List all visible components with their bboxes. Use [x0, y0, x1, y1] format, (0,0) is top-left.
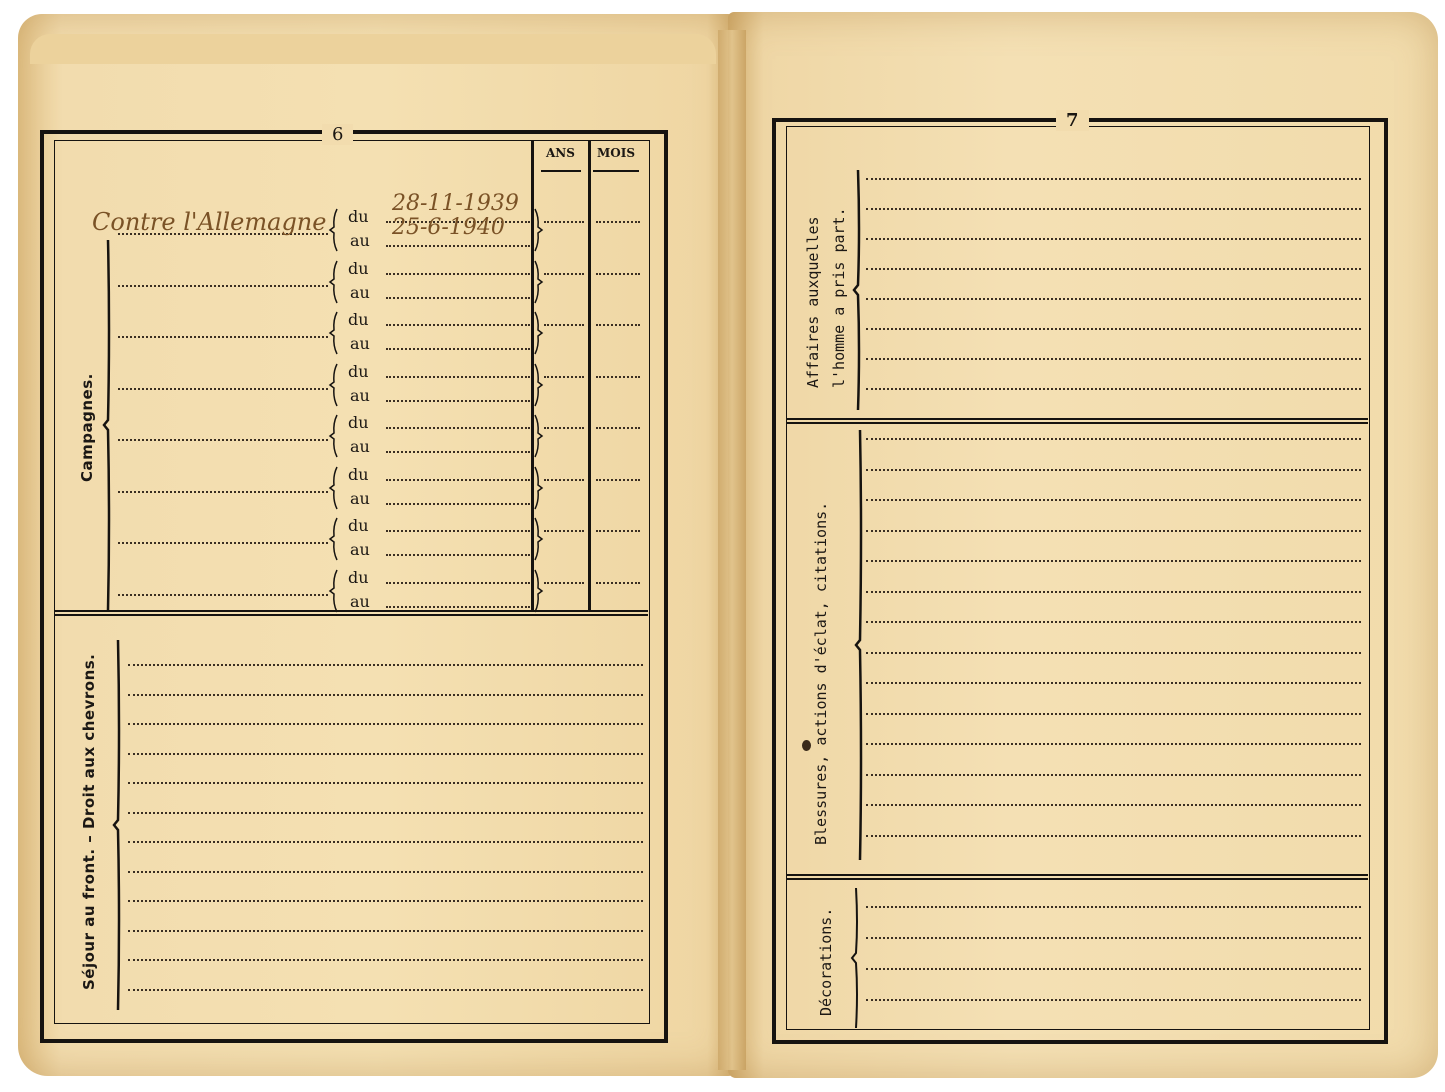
- sejour-line[interactable]: [128, 871, 643, 873]
- right-inner-frame: [786, 126, 1370, 1030]
- affaires-line[interactable]: [866, 358, 1361, 360]
- decorations-line[interactable]: [866, 906, 1361, 908]
- mois-field[interactable]: [596, 530, 640, 532]
- row-brace-left-icon: [328, 568, 340, 614]
- au-date-field[interactable]: [386, 245, 530, 247]
- page-number-left: 6: [322, 124, 353, 145]
- decorations-brace-icon: [848, 888, 864, 1028]
- du-date-field[interactable]: [386, 530, 530, 532]
- row-brace-right-icon: [532, 259, 544, 305]
- row-brace-right-icon: [532, 568, 544, 614]
- du-label: du: [348, 259, 369, 278]
- blessures-divider: [786, 874, 1368, 876]
- blessures-line[interactable]: [866, 469, 1361, 471]
- du-date-field[interactable]: [386, 582, 530, 584]
- blessures-line[interactable]: [866, 560, 1361, 562]
- mois-underline: [593, 170, 639, 172]
- blessures-line[interactable]: [866, 774, 1361, 776]
- blessures-brace-icon: [852, 430, 868, 860]
- section-divider-2: [54, 614, 648, 616]
- section-divider: [54, 610, 648, 612]
- ans-field[interactable]: [544, 530, 584, 532]
- sejour-line[interactable]: [128, 694, 643, 696]
- mois-field[interactable]: [596, 221, 640, 223]
- blessures-line[interactable]: [866, 713, 1361, 715]
- blessures-line[interactable]: [866, 621, 1361, 623]
- blessures-line[interactable]: [866, 835, 1361, 837]
- affaires-line[interactable]: [866, 208, 1361, 210]
- mois-field[interactable]: [596, 273, 640, 275]
- du-date-field[interactable]: [386, 273, 530, 275]
- campaign-field[interactable]: [118, 491, 328, 493]
- handwritten-au-date: 25-6-1940: [392, 215, 505, 240]
- sejour-line[interactable]: [128, 812, 643, 814]
- du-date-field[interactable]: [386, 324, 530, 326]
- du-date-field[interactable]: [386, 427, 530, 429]
- mois-field[interactable]: [596, 376, 640, 378]
- row-brace-right-icon: [532, 465, 544, 511]
- ans-field[interactable]: [544, 376, 584, 378]
- au-label: au: [350, 540, 370, 559]
- du-label: du: [348, 568, 369, 587]
- row-brace-left-icon: [328, 516, 340, 562]
- affaires-line[interactable]: [866, 178, 1361, 180]
- ans-field[interactable]: [544, 479, 584, 481]
- du-label: du: [348, 465, 369, 484]
- du-label: du: [348, 362, 369, 381]
- affaires-line[interactable]: [866, 298, 1361, 300]
- du-date-field[interactable]: [386, 376, 530, 378]
- row-brace-right-icon: [532, 207, 544, 253]
- au-label: au: [350, 231, 370, 250]
- sejour-line[interactable]: [128, 723, 643, 725]
- blessures-label: Blessures, actions d'éclat, citations.: [812, 502, 830, 845]
- du-label: du: [348, 413, 369, 432]
- campaign-field[interactable]: [118, 388, 328, 390]
- ans-field[interactable]: [544, 221, 584, 223]
- campaign-field[interactable]: [118, 439, 328, 441]
- au-date-field[interactable]: [386, 606, 530, 608]
- sejour-label: Séjour au front. – Droit aux chevrons.: [80, 654, 98, 990]
- row-brace-left-icon: [328, 362, 340, 408]
- du-label: du: [348, 310, 369, 329]
- row-brace-right-icon: [532, 362, 544, 408]
- sejour-line[interactable]: [128, 959, 643, 961]
- au-label: au: [350, 334, 370, 353]
- mois-header: MOIS: [597, 146, 635, 160]
- left-page-top-edge: [30, 34, 716, 64]
- mois-field[interactable]: [596, 427, 640, 429]
- affaires-label-line1: Affaires auxquelles: [804, 216, 822, 388]
- ans-field[interactable]: [544, 427, 584, 429]
- campaign-field[interactable]: [118, 285, 328, 287]
- affaires-label-line2: l'homme a pris part.: [830, 207, 848, 388]
- au-label: au: [350, 592, 370, 611]
- decorations-line[interactable]: [866, 968, 1361, 970]
- campaign-field[interactable]: [118, 594, 328, 596]
- au-date-field[interactable]: [386, 554, 530, 556]
- mois-field[interactable]: [596, 582, 640, 584]
- blessures-line[interactable]: [866, 499, 1361, 501]
- blessures-line[interactable]: [866, 804, 1361, 806]
- affaires-divider-2: [786, 422, 1368, 424]
- row-brace-left-icon: [328, 310, 340, 356]
- au-date-field[interactable]: [386, 348, 530, 350]
- decorations-line[interactable]: [866, 937, 1361, 939]
- campagnes-brace-icon: [100, 240, 116, 610]
- sejour-line[interactable]: [128, 841, 643, 843]
- du-label: du: [348, 207, 369, 226]
- affaires-divider: [786, 418, 1368, 420]
- decorations-label: Décorations.: [817, 908, 835, 1016]
- sejour-line[interactable]: [128, 782, 643, 784]
- campaign-field[interactable]: [118, 542, 328, 544]
- row-brace-right-icon: [532, 310, 544, 356]
- au-date-field[interactable]: [386, 297, 530, 299]
- au-date-field[interactable]: [386, 503, 530, 505]
- blessures-line[interactable]: [866, 743, 1361, 745]
- ink-stain: [802, 740, 811, 751]
- sejour-line[interactable]: [128, 989, 643, 991]
- handwritten-campaign: Contre l'Allemagne: [92, 208, 326, 236]
- blessures-divider-2: [786, 878, 1368, 880]
- sejour-line[interactable]: [128, 753, 643, 755]
- affaires-line[interactable]: [866, 328, 1361, 330]
- mois-field[interactable]: [596, 479, 640, 481]
- ans-underline: [541, 170, 581, 172]
- row-brace-left-icon: [328, 413, 340, 459]
- row-brace-right-icon: [532, 516, 544, 562]
- book-gutter: [718, 30, 746, 1070]
- sejour-brace-icon: [110, 640, 126, 1010]
- affaires-line[interactable]: [866, 388, 1361, 390]
- au-label: au: [350, 283, 370, 302]
- du-label: du: [348, 516, 369, 535]
- page-number-right: 7: [1056, 110, 1089, 131]
- ans-field[interactable]: [544, 273, 584, 275]
- campagnes-label: Campagnes.: [78, 373, 96, 482]
- sejour-line[interactable]: [128, 930, 643, 932]
- au-date-field[interactable]: [386, 400, 530, 402]
- row-brace-left-icon: [328, 259, 340, 305]
- mois-column-divider: [588, 140, 591, 610]
- affaires-line[interactable]: [866, 238, 1361, 240]
- ans-field[interactable]: [544, 324, 584, 326]
- blessures-line[interactable]: [866, 530, 1361, 532]
- au-label: au: [350, 489, 370, 508]
- sejour-line[interactable]: [128, 900, 643, 902]
- row-brace-left-icon: [328, 465, 340, 511]
- au-label: au: [350, 386, 370, 405]
- blessures-line[interactable]: [866, 438, 1361, 440]
- ans-field[interactable]: [544, 582, 584, 584]
- decorations-line[interactable]: [866, 999, 1361, 1001]
- mois-field[interactable]: [596, 324, 640, 326]
- au-label: au: [350, 437, 370, 456]
- blessures-line[interactable]: [866, 652, 1361, 654]
- campaign-field[interactable]: [118, 336, 328, 338]
- blessures-line[interactable]: [866, 682, 1361, 684]
- au-date-field[interactable]: [386, 451, 530, 453]
- affaires-brace-icon: [850, 170, 866, 410]
- sejour-line[interactable]: [128, 664, 643, 666]
- handwritten-du-date: 28-11-1939: [392, 191, 519, 216]
- ans-header: ANS: [546, 146, 575, 160]
- row-brace-left-icon: [328, 207, 340, 253]
- row-brace-right-icon: [532, 413, 544, 459]
- blessures-line[interactable]: [866, 591, 1361, 593]
- affaires-line[interactable]: [866, 268, 1361, 270]
- du-date-field[interactable]: [386, 479, 530, 481]
